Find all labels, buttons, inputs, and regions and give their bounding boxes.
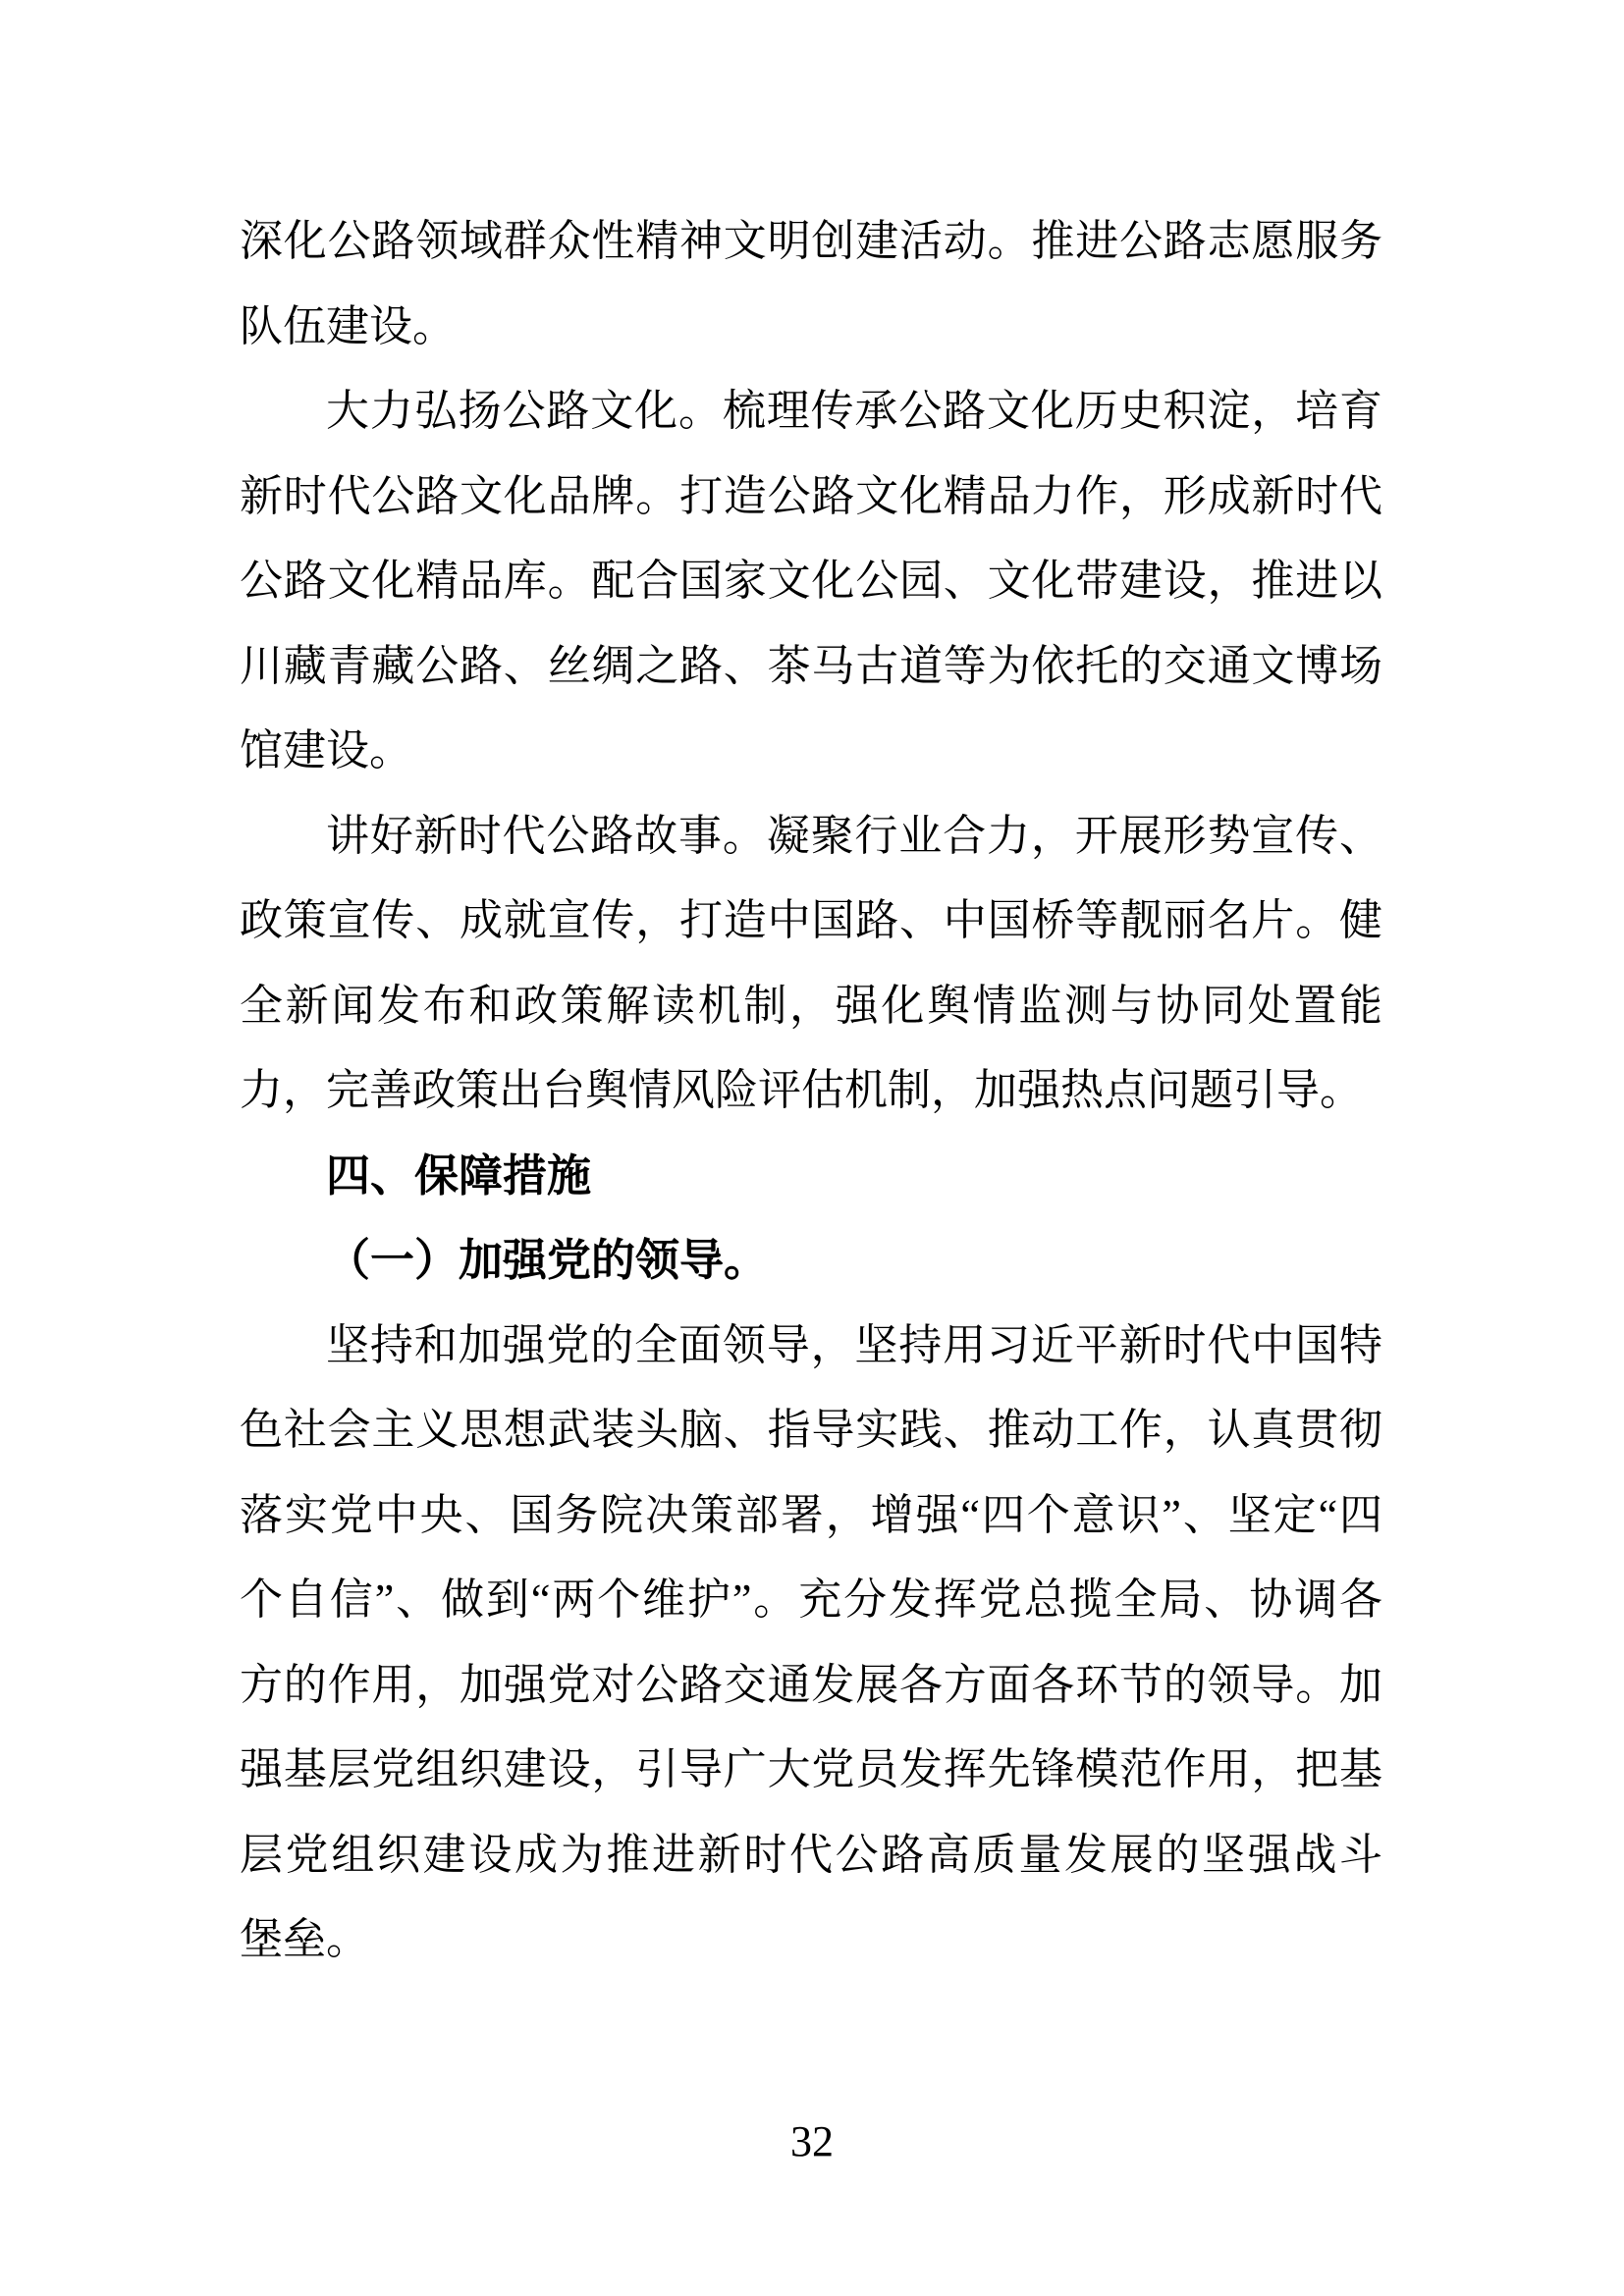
body-line: 讲好新时代公路故事。凝聚行业合力，开展形势宣传、 [240,794,1382,880]
body-line: 层党组织建设成为推进新时代公路高质量发展的坚强战斗 [240,1813,1382,1898]
page-number: 32 [790,2117,834,2165]
body-line: 落实党中央、国务院决策部署，增强“四个意识”、坚定“四 [240,1473,1382,1559]
body-line: 政策宣传、成就宣传，打造中国路、中国桥等靓丽名片。健 [240,879,1382,964]
body-line: 全新闻发布和政策解读机制，强化舆情监测与协同处置能 [240,964,1382,1049]
body-line: 公路文化精品库。配合国家文化公园、文化带建设，推进以 [240,539,1382,624]
body-line: 色社会主义思想武装头脑、指导实践、推动工作，认真贯彻 [240,1388,1382,1473]
page-footer: 32 [0,2120,1624,2163]
body-line: 新时代公路文化品牌。打造公路文化精品力作，形成新时代 [240,454,1382,540]
body-line: 坚持和加强党的全面领导，坚持用习近平新时代中国特 [240,1304,1382,1389]
document-page: 深化公路领域群众性精神文明创建活动。推进公路志愿服务 队伍建设。 大力弘扬公路文… [0,0,1624,2296]
body-line: 馆建设。 [240,709,1382,794]
body-line: 方的作用，加强党对公路交通发展各方面各环节的领导。加 [240,1643,1382,1729]
body-line: 川藏青藏公路、丝绸之路、茶马古道等为依托的交通文博场 [240,624,1382,710]
body-line: 个自信”、做到“两个维护”。充分发挥党总揽全局、协调各 [240,1558,1382,1643]
body-line: 堡垒。 [240,1897,1382,1983]
body-line: 大力弘扬公路文化。梳理传承公路文化历史积淀，培育 [240,369,1382,454]
document-body: 深化公路领域群众性精神文明创建活动。推进公路志愿服务 队伍建设。 大力弘扬公路文… [240,199,1382,1983]
section-heading: 四、保障措施 [240,1134,1382,1219]
body-line: 强基层党组织建设，引导广大党员发挥先锋模范作用，把基 [240,1728,1382,1813]
body-line: 深化公路领域群众性精神文明创建活动。推进公路志愿服务 [240,199,1382,285]
subsection-heading: （一）加强党的领导。 [240,1218,1382,1304]
body-line: 力，完善政策出台舆情风险评估机制，加强热点问题引导。 [240,1048,1382,1134]
body-line: 队伍建设。 [240,285,1382,370]
